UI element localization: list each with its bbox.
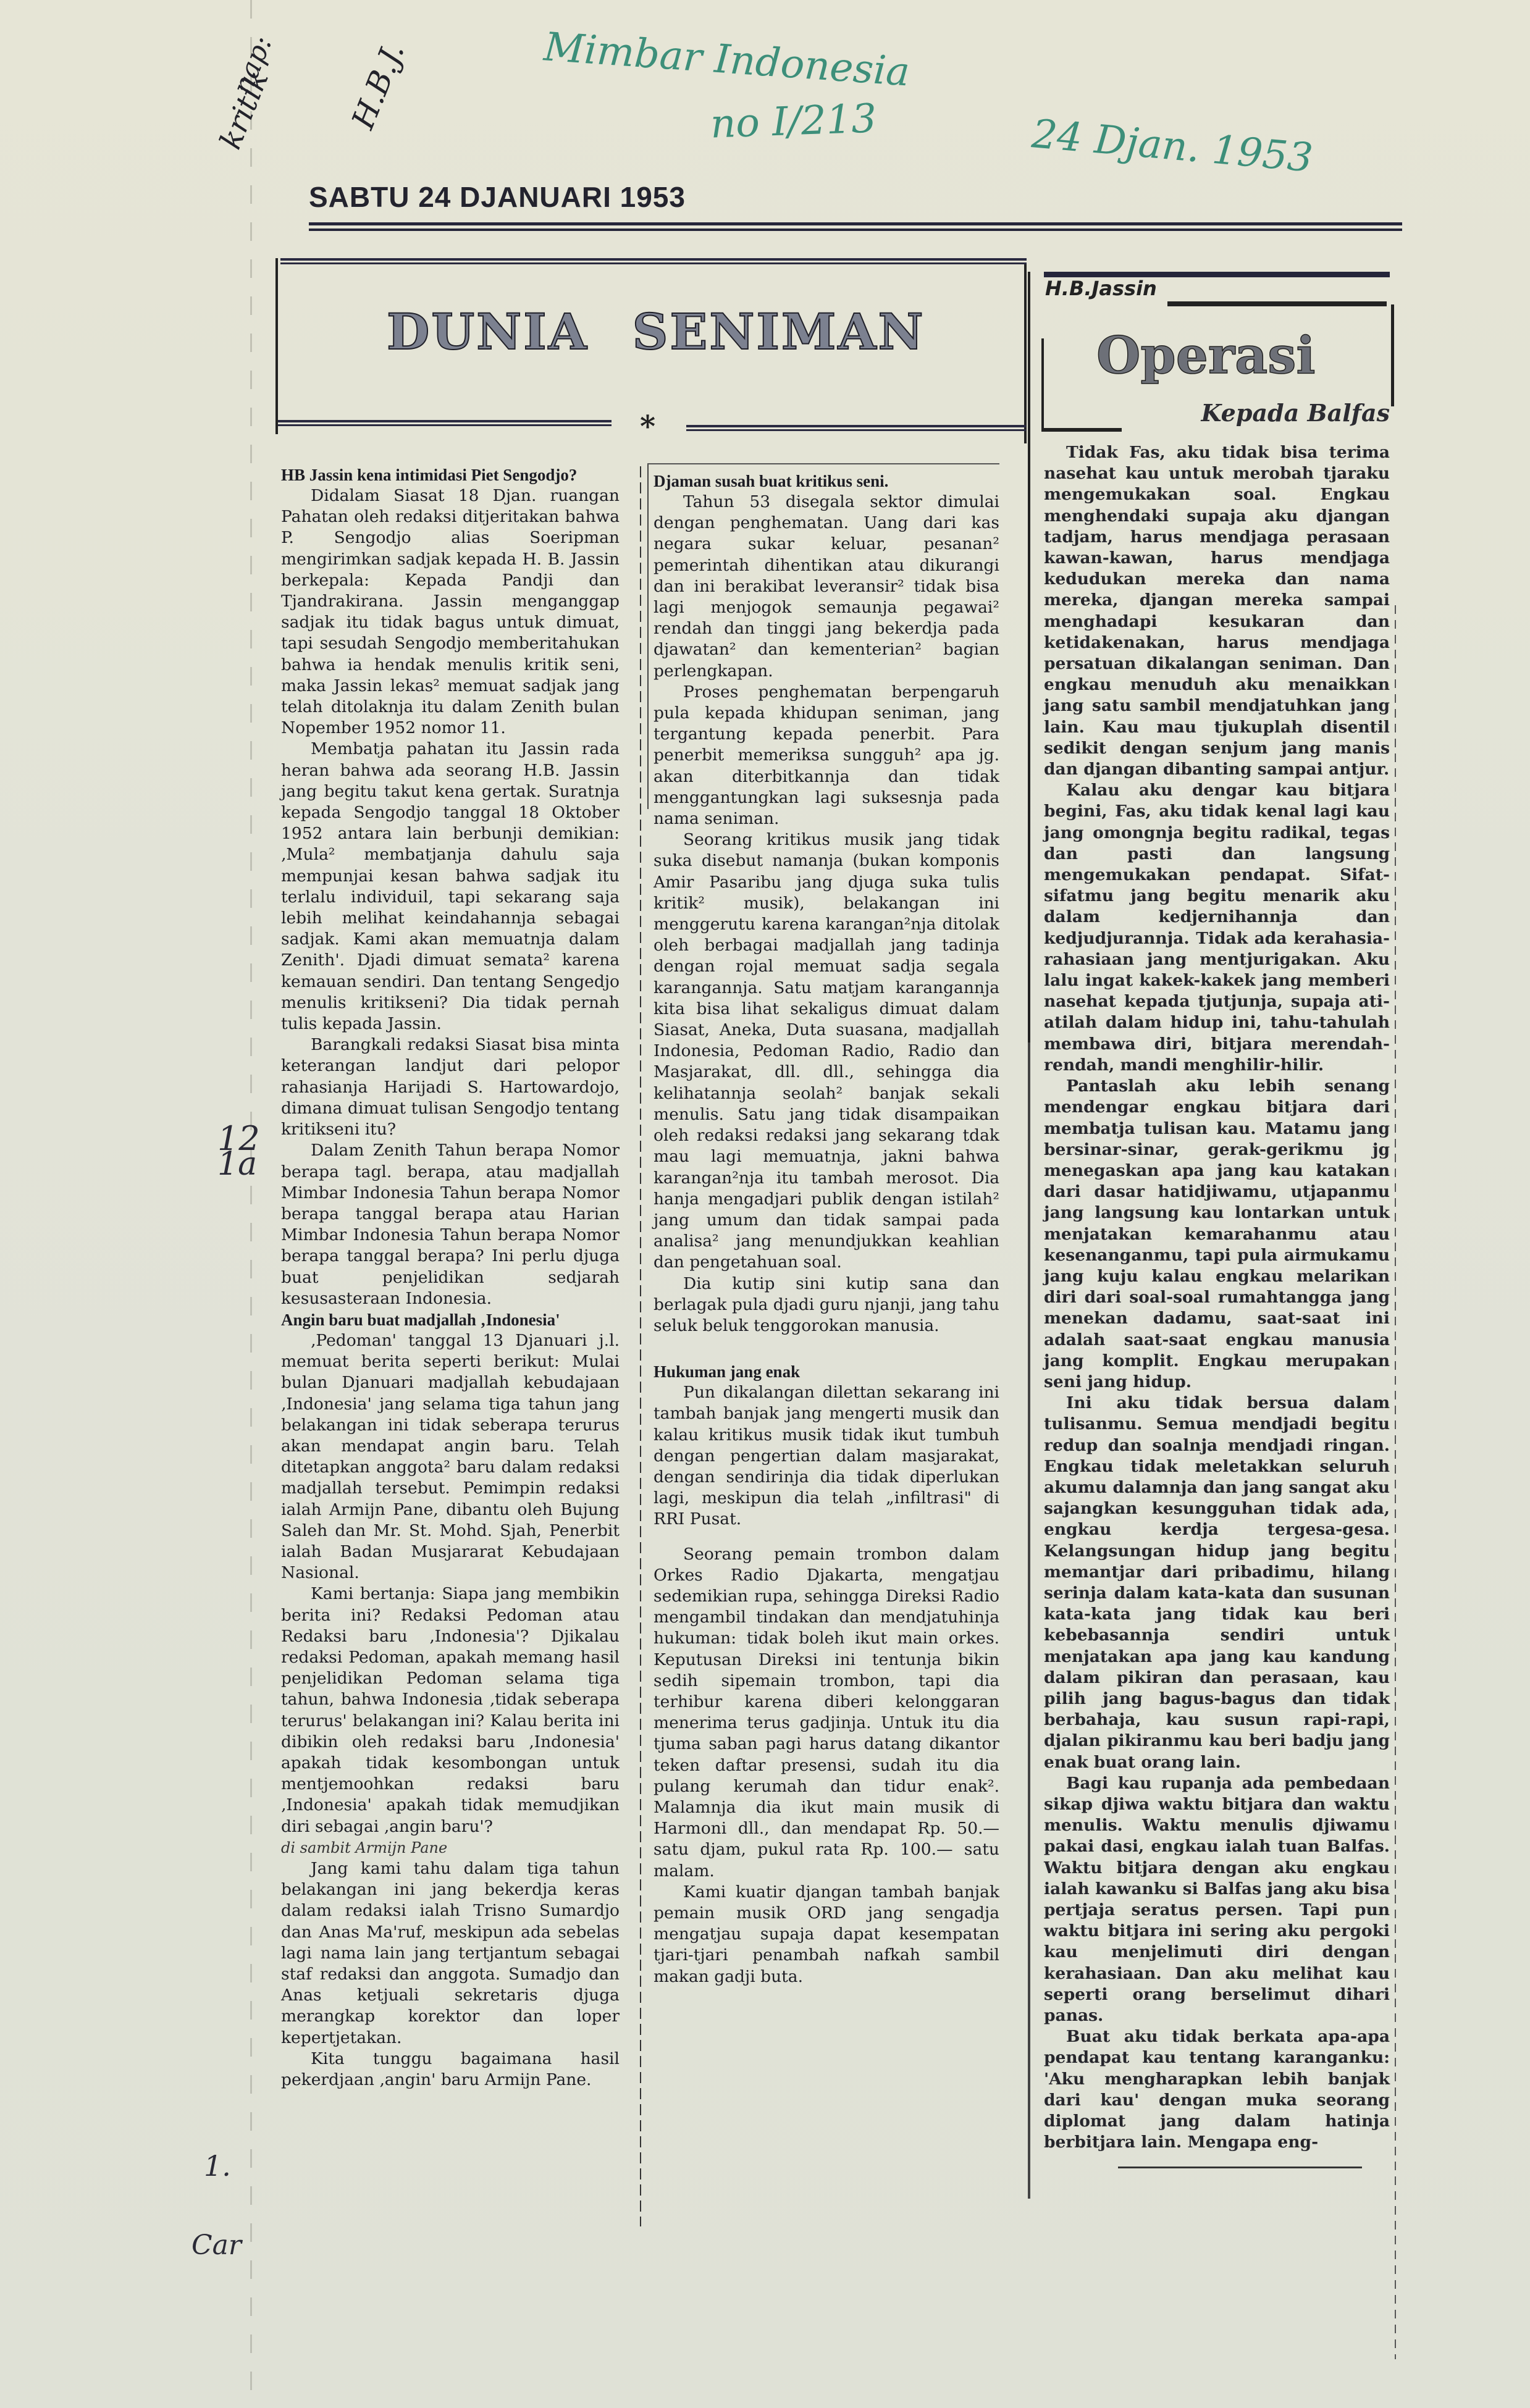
paragraph: Pantaslah aku lebih senang mendengar eng… (1044, 1076, 1390, 1393)
article-header-operasi: H.B.Jassin Operasi Kepada Balfas (1032, 258, 1402, 437)
paragraph: Bagi kau rupanja ada pembedaan sikap dji… (1044, 1773, 1390, 2026)
column-2: Djaman susah buat kritikus seni. Tahun 5… (654, 471, 999, 1987)
paragraph: Proses penghematan berpengaruh pula kepa… (654, 682, 999, 829)
article-subtitle: Kepada Balfas (1201, 399, 1390, 427)
margin-note-1a: 1a (217, 1146, 257, 1183)
article-title: Operasi (1096, 326, 1316, 385)
paragraph: Seorang pemain trombon dalam Orkes Radio… (654, 1544, 999, 1882)
paragraph: Kita tunggu bagaimana hasil pekerdjaan ‚… (281, 2049, 620, 2091)
article-heading: Djaman susah buat kritikus seni. (654, 471, 999, 492)
paragraph: Tahun 53 disegala sektor dimulai dengan … (654, 492, 999, 682)
section-masthead: DUNIA SENIMAN * (275, 258, 1027, 437)
column-2-box-top (647, 463, 999, 464)
ornament-asterisk: * (640, 409, 655, 444)
article-heading: Angin baru buat madjallah ‚Indonesia' (281, 1309, 620, 1330)
paragraph: Jang kami tahu dalam tiga tahun belakang… (281, 1858, 620, 2049)
paragraph: Membatja pahatan itu Jassin rada heran b… (281, 739, 620, 1034)
handwritten-issue: no I/213 (710, 96, 878, 147)
handwritten-insert: di sambit Armijn Pane (281, 1837, 620, 1858)
column-2-box-edge (647, 463, 649, 809)
column-1: HB Jassin kena intimidasi Piet Sengodjo?… (281, 464, 620, 2091)
issue-date: SABTU 24 DJANUARI 1953 (309, 180, 686, 214)
paragraph: Buat aku tidak berkata apa-apa pendapat … (1044, 2026, 1390, 2153)
column-3-end-rule (1118, 2167, 1362, 2168)
paragraph: Dalam Zenith Tahun berapa Nomor berapa t… (281, 1140, 620, 1309)
paragraph: Barangkali redaksi Siasat bisa minta ket… (281, 1034, 620, 1140)
paragraph: Ini aku tidak bersua dalam tulisanmu. Se… (1044, 1393, 1390, 1773)
paragraph: Kalau aku dengar kau bitjara begini, Fas… (1044, 780, 1390, 1076)
column-divider-2 (1028, 272, 1030, 2199)
margin-note-car: Car (191, 2230, 242, 2261)
paragraph: ‚Pedoman' tanggal 13 Djanuari j.l. memua… (281, 1330, 620, 1584)
header-rule (309, 222, 1402, 231)
paragraph: Kami bertanja: Siapa jang membikin berit… (281, 1584, 620, 1837)
margin-note-1: 1. (204, 2149, 231, 2183)
paragraph: Dia kutip sini kutip sana dan berlagak p… (654, 1273, 999, 1337)
paragraph: Pun dikalangan dilettan sekarang ini tam… (654, 1382, 999, 1530)
byline: H.B.Jassin (1045, 277, 1157, 300)
article-heading: Hukuman jang enak (654, 1361, 999, 1382)
paragraph: Tidak Fas, aku tidak bisa terima nasehat… (1044, 442, 1390, 780)
paragraph: Didalam Siasat 18 Djan. ruangan Pahatan … (281, 485, 620, 739)
column-3-right-edge (1395, 605, 1396, 2359)
paragraph: Kami kuatir djangan tambah banjak pemain… (654, 1882, 999, 1987)
paragraph: Seorang kritikus musik jang tidak suka d… (654, 829, 999, 1273)
section-title: DUNIA SENIMAN (387, 303, 925, 361)
article-heading: HB Jassin kena intimidasi Piet Sengodjo? (281, 464, 620, 485)
column-divider-1 (640, 466, 641, 2226)
clipping-edge (250, 0, 252, 2408)
column-3: Tidak Fas, aku tidak bisa terima nasehat… (1044, 442, 1390, 2153)
